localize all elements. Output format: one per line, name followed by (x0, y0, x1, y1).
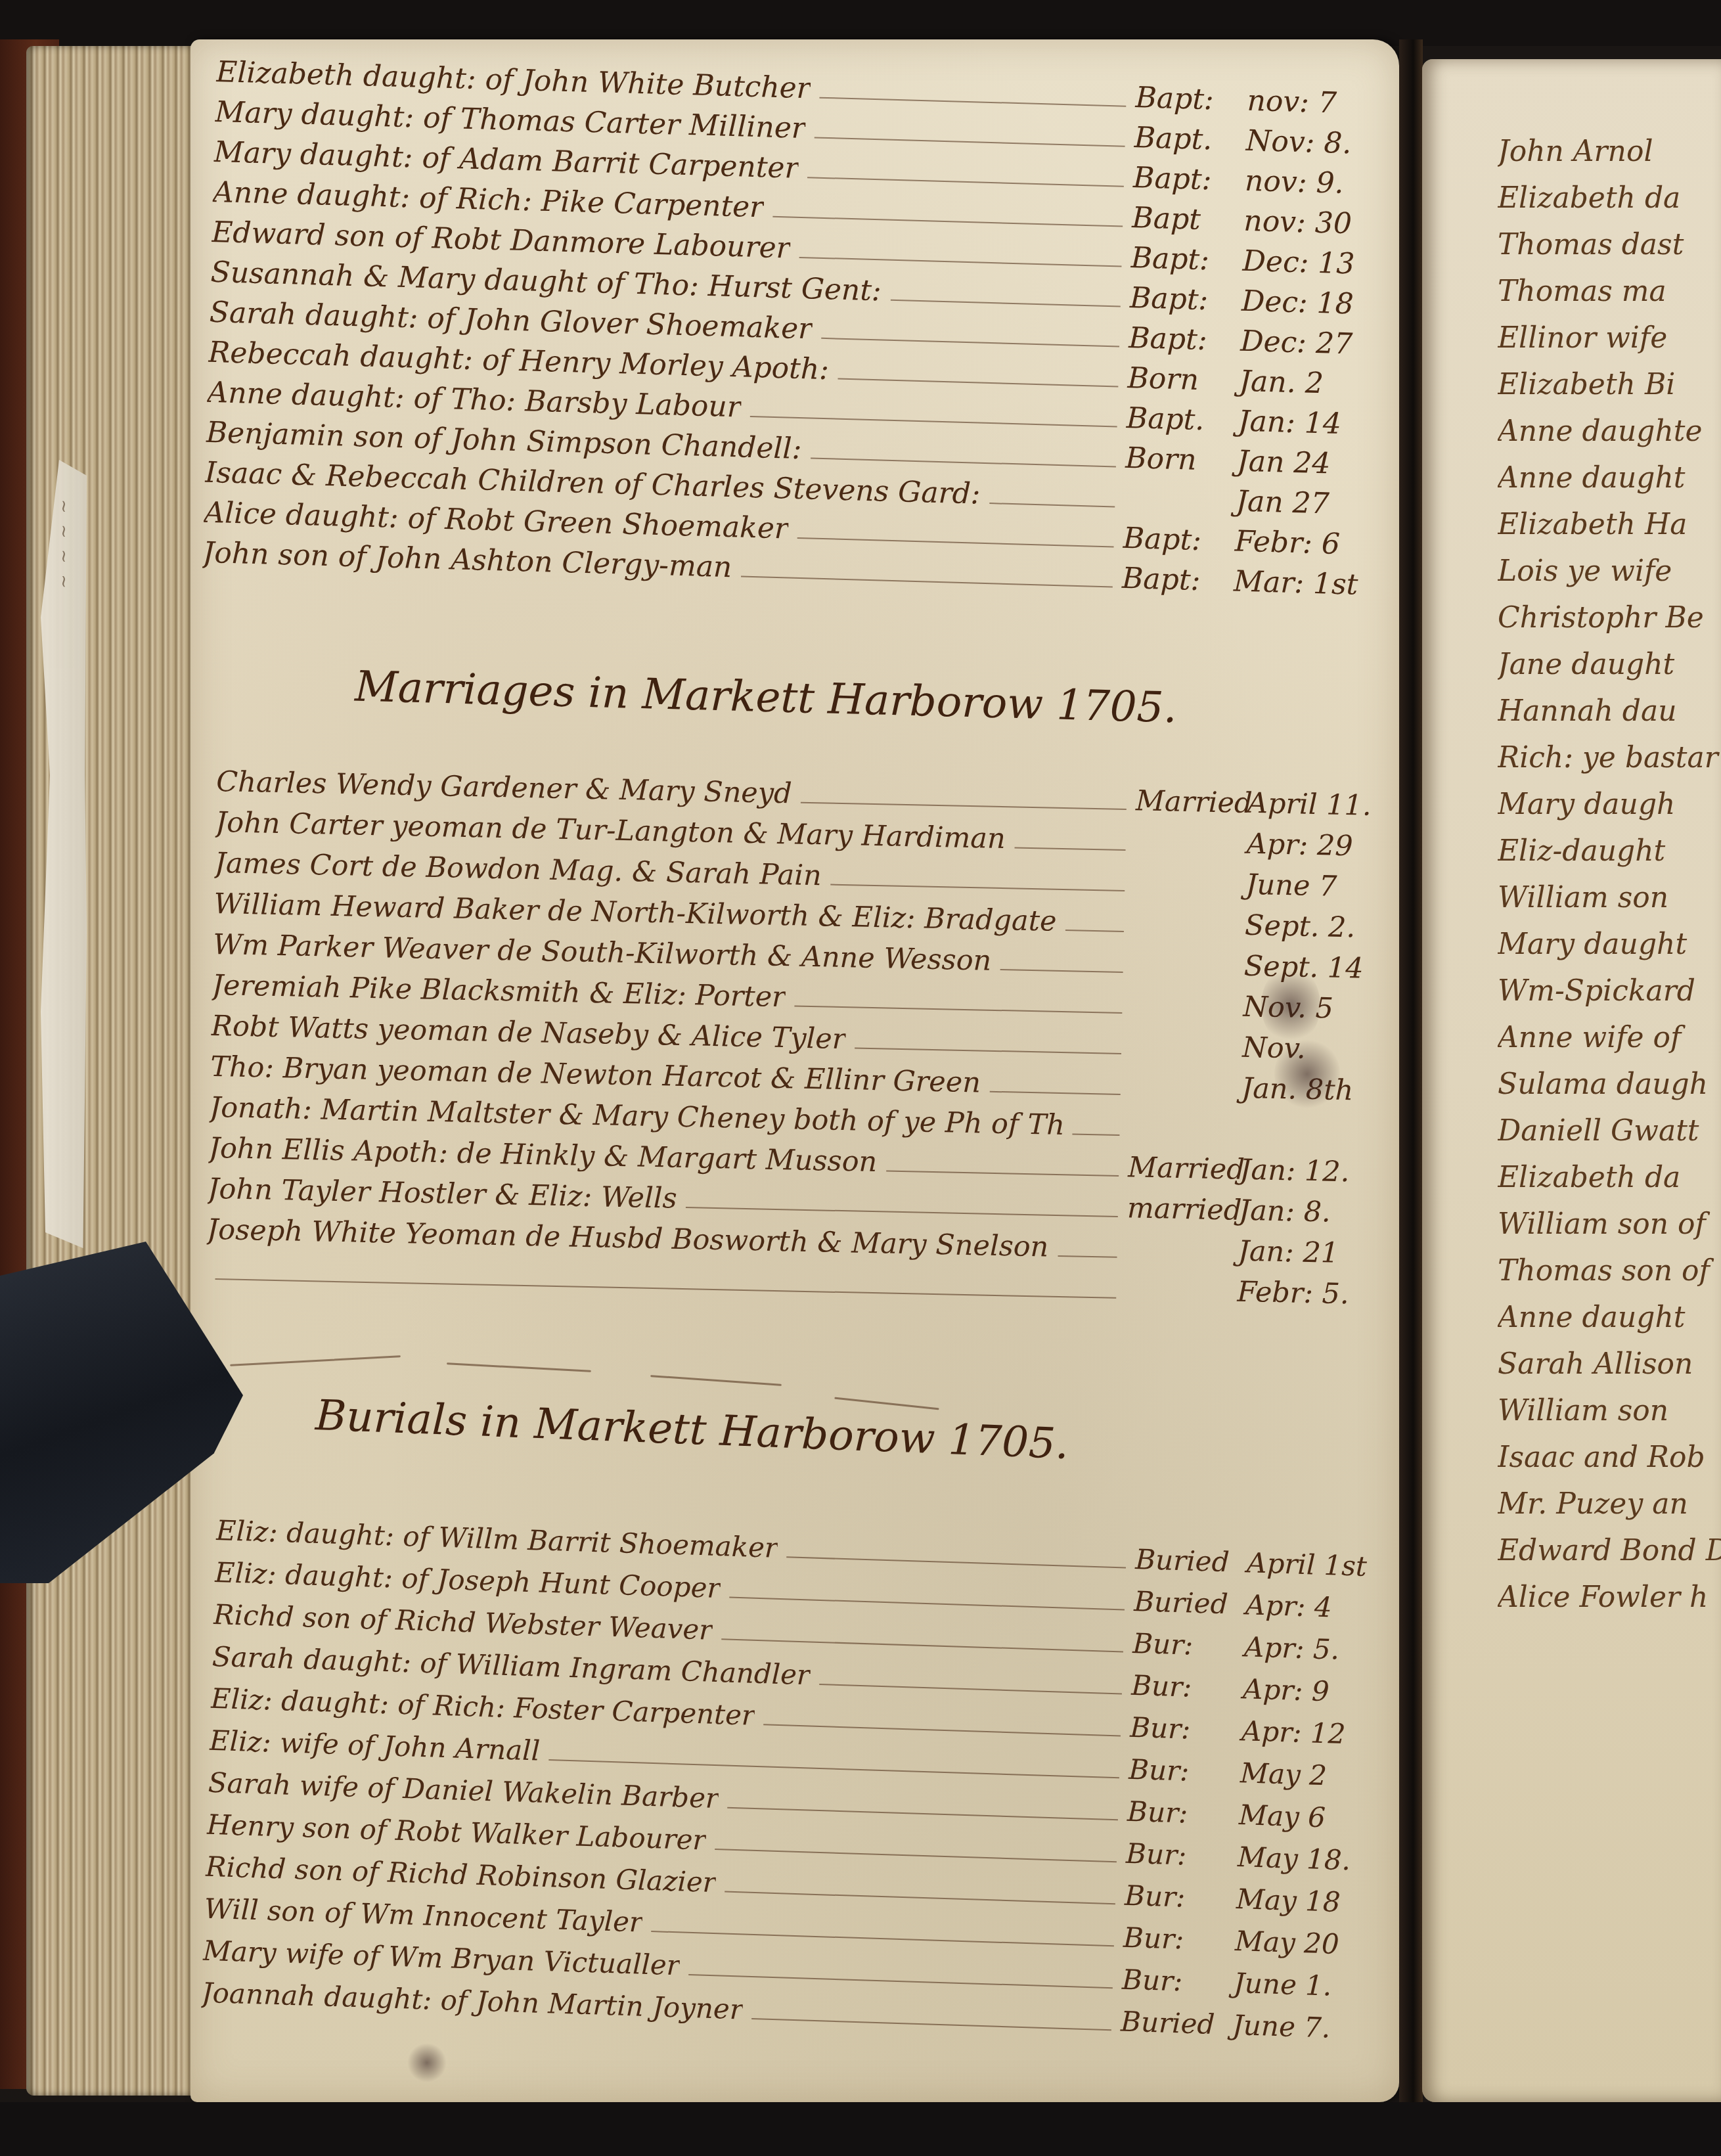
right-entry: Anne daught (1498, 455, 1721, 501)
dash-rule (1058, 1236, 1117, 1258)
ink-stain (407, 2043, 447, 2082)
dash-rule (764, 1704, 1121, 1736)
dash-rule (721, 1619, 1124, 1652)
book-photograph: ~ ~ ~ ~ Elizabeth daught: of John White … (0, 0, 1721, 2156)
right-entry: Lois ye wife (1498, 548, 1721, 595)
right-entry: Anne daughte (1498, 408, 1721, 455)
dash-rule (752, 1998, 1112, 2031)
dash-rule (799, 237, 1122, 267)
register-page-right: John Arnol Elizabeth da Thomas dast Thom… (1422, 59, 1721, 2102)
dash-rule (652, 1911, 1115, 1946)
dash-rule (715, 1829, 1117, 1862)
dash-rule (1000, 949, 1123, 973)
marriages-list: Charles Wendy Gardener & Mary SneydMarri… (206, 762, 1392, 1316)
burials-list: Eliz: daught: of Willm Barrit ShoemakerB… (201, 1511, 1392, 2052)
dash-rule (811, 438, 1117, 467)
baptisms-list: Elizabeth daught: of John White ButcherB… (202, 53, 1392, 606)
right-entry: Alice Fowler h (1498, 1574, 1721, 1621)
right-entry: Thomas son of (1498, 1247, 1721, 1294)
dash-rule (890, 280, 1121, 307)
section-divider (230, 1355, 401, 1366)
dash-rule (749, 396, 1117, 428)
dash-rule (741, 556, 1113, 588)
dash-rule (686, 1187, 1118, 1217)
burials-heading: Burials in Markett Harborow 1705. (315, 1391, 1069, 1469)
dash-rule (787, 1537, 1127, 1568)
right-entry: William son (1498, 1387, 1721, 1434)
dash-rule (830, 865, 1125, 891)
inserted-paper-slip: ~ ~ ~ ~ (41, 460, 87, 1248)
right-entry: Sulama daugh (1498, 1061, 1721, 1108)
right-entry: Edward Bond D (1498, 1527, 1721, 1574)
dash-rule (1014, 827, 1126, 851)
dash-rule (821, 318, 1120, 348)
ink-stain (1261, 966, 1320, 1044)
section-divider (834, 1397, 939, 1410)
register-page-left: Elizabeth daught: of John White ButcherB… (190, 39, 1399, 2102)
ink-stain (1274, 1038, 1340, 1110)
dash-rule (772, 196, 1123, 227)
dash-rule (807, 157, 1125, 187)
dash-rule (819, 1664, 1123, 1694)
dash-rule (855, 1027, 1122, 1054)
right-entry: Wm-Spickard (1498, 968, 1721, 1014)
dash-rule (1072, 1113, 1120, 1136)
marriages-heading: Marriages in Markett Harborow 1705. (354, 663, 1177, 733)
right-entry: Mr. Puzey an (1498, 1481, 1721, 1527)
dash-rule (990, 1071, 1121, 1095)
right-entry: William son (1498, 874, 1721, 921)
right-entry: Rich: ye bastar (1498, 734, 1721, 781)
dash-rule (886, 1150, 1119, 1176)
right-entry: Thomas ma (1498, 268, 1721, 315)
right-entry: Elizabeth da (1498, 1154, 1721, 1201)
dash-rule (819, 78, 1127, 107)
right-entry: Elizabeth Bi (1498, 361, 1721, 408)
right-entry: Sarah Allison (1498, 1341, 1721, 1387)
dark-backdrop-bottom (0, 2102, 1721, 2156)
right-entry: Thomas dast (1498, 221, 1721, 268)
dash-rule (838, 359, 1119, 388)
dash-rule (989, 483, 1115, 507)
section-divider (650, 1375, 782, 1386)
right-entry: William son of (1498, 1201, 1721, 1247)
dash-rule (688, 1954, 1113, 1988)
right-entry: Eliz-daught (1498, 828, 1721, 874)
dash-rule (729, 1577, 1125, 1611)
right-entry: Daniell Gwatt (1498, 1108, 1721, 1154)
dash-rule (814, 117, 1125, 146)
dash-rule (725, 1872, 1116, 1905)
right-entry: Jane daught (1498, 641, 1721, 688)
dash-rule (728, 1787, 1119, 1821)
right-entry: Hannah dau (1498, 688, 1721, 734)
right-entry: Elizabeth Ha (1498, 501, 1721, 548)
right-entry: Elizabeth da (1498, 175, 1721, 221)
right-entry: Christophr Be (1498, 595, 1721, 641)
right-entry: Mary daugh (1498, 781, 1721, 828)
slip-text: ~ ~ ~ ~ (47, 499, 74, 1209)
dash-rule (1065, 910, 1124, 932)
right-page-entries: John Arnol Elizabeth da Thomas dast Thom… (1498, 128, 1721, 1621)
book-gutter (1399, 39, 1423, 2109)
right-entry: Anne wife of (1498, 1014, 1721, 1061)
dash-rule (797, 518, 1115, 547)
right-entry: Ellinor wife (1498, 315, 1721, 361)
right-entry: Anne daught (1498, 1294, 1721, 1341)
dash-rule (794, 986, 1123, 1014)
dash-rule (801, 782, 1127, 810)
right-entry: Isaac and Rob (1498, 1434, 1721, 1481)
right-entry: Mary daught (1498, 921, 1721, 968)
right-entry: John Arnol (1498, 128, 1721, 175)
section-divider (447, 1362, 591, 1372)
